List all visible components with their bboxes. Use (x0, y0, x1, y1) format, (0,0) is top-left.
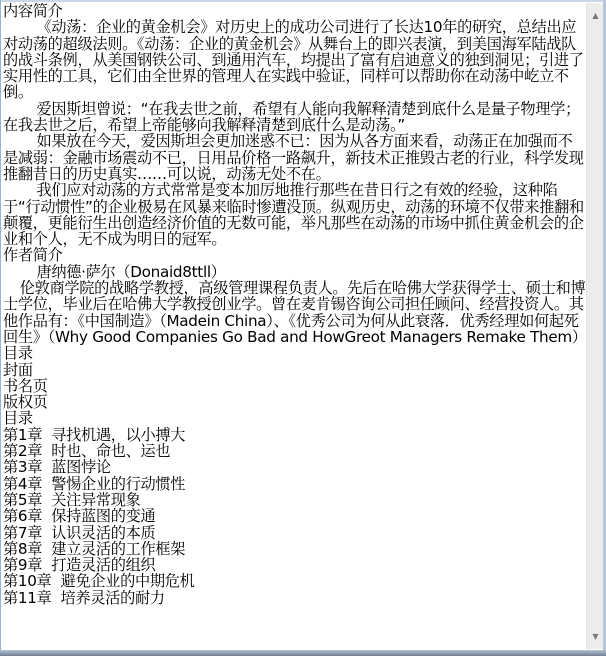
author-bio: 伦敦商学院的战略学教授，高级管理课程负责人。先后在哈佛大学获得学士、硕士和博士学… (3, 280, 586, 345)
toc-item: 版权页 (3, 394, 586, 410)
intro-paragraph-4: 我们应对动荡的方式常常是变本加厉地推行那些在昔日行之有效的经验，这种陷于“行动惯… (3, 182, 586, 247)
toc-item: 第11章 培养灵活的耐力 (3, 590, 586, 606)
intro-heading: 内容简介 (3, 3, 586, 19)
toc-item: 第10章 避免企业的中期危机 (3, 573, 586, 589)
toc-item: 第6章 保持蓝图的变通 (3, 508, 586, 524)
toc-item: 第8章 建立灵活的工作框架 (3, 541, 586, 557)
text-content-area[interactable]: 内容简介 《动荡：企业的黄金机会》对历史上的成功公司进行了长达10年的研究，总结… (3, 3, 586, 649)
toc-item: 第5章 关注异常现象 (3, 492, 586, 508)
toc-item: 封面 (3, 362, 586, 378)
scroll-up-arrow-icon[interactable]: ▲ (587, 7, 604, 24)
author-name: 唐纳德·萨尔（Donaid8ttll） (3, 264, 586, 280)
text-viewer-window: 内容简介 《动荡：企业的黄金机会》对历史上的成功公司进行了长达10年的研究，总结… (0, 0, 606, 656)
intro-paragraph-1: 《动荡：企业的黄金机会》对历史上的成功公司进行了长达10年的研究，总结出应对动荡… (3, 19, 586, 100)
toc-item: 第7章 认识灵活的本质 (3, 525, 586, 541)
window-top-border (0, 0, 606, 2)
toc-item: 第4章 警惕企业的行动惯性 (3, 476, 586, 492)
author-heading: 作者简介 (3, 247, 586, 263)
intro-paragraph-3: 如果放在今天，爱因斯坦会更加迷惑不已：因为从各方面来看，动荡正在加强而不是减弱：… (3, 133, 586, 182)
toc-item: 第2章 时也、命也、运也 (3, 443, 586, 459)
scroll-down-arrow-icon[interactable]: ▼ (587, 628, 604, 645)
window-left-border (0, 0, 1, 656)
vertical-scrollbar[interactable]: ▲ ▼ (586, 3, 604, 649)
toc-item: 第9章 打造灵活的组织 (3, 557, 586, 573)
window-bottom-border (0, 650, 606, 656)
toc-item: 第3章 蓝图悖论 (3, 459, 586, 475)
intro-paragraph-2: 爱因斯坦曾说：“在我去世之前，希望有人能向我解释清楚到底什么是量子物理学；在我去… (3, 101, 586, 134)
toc-item: 书名页 (3, 378, 586, 394)
toc-item: 目录 (3, 345, 586, 361)
toc-item: 第1章 寻找机遇，以小搏大 (3, 427, 586, 443)
toc-item: 目录 (3, 410, 586, 426)
